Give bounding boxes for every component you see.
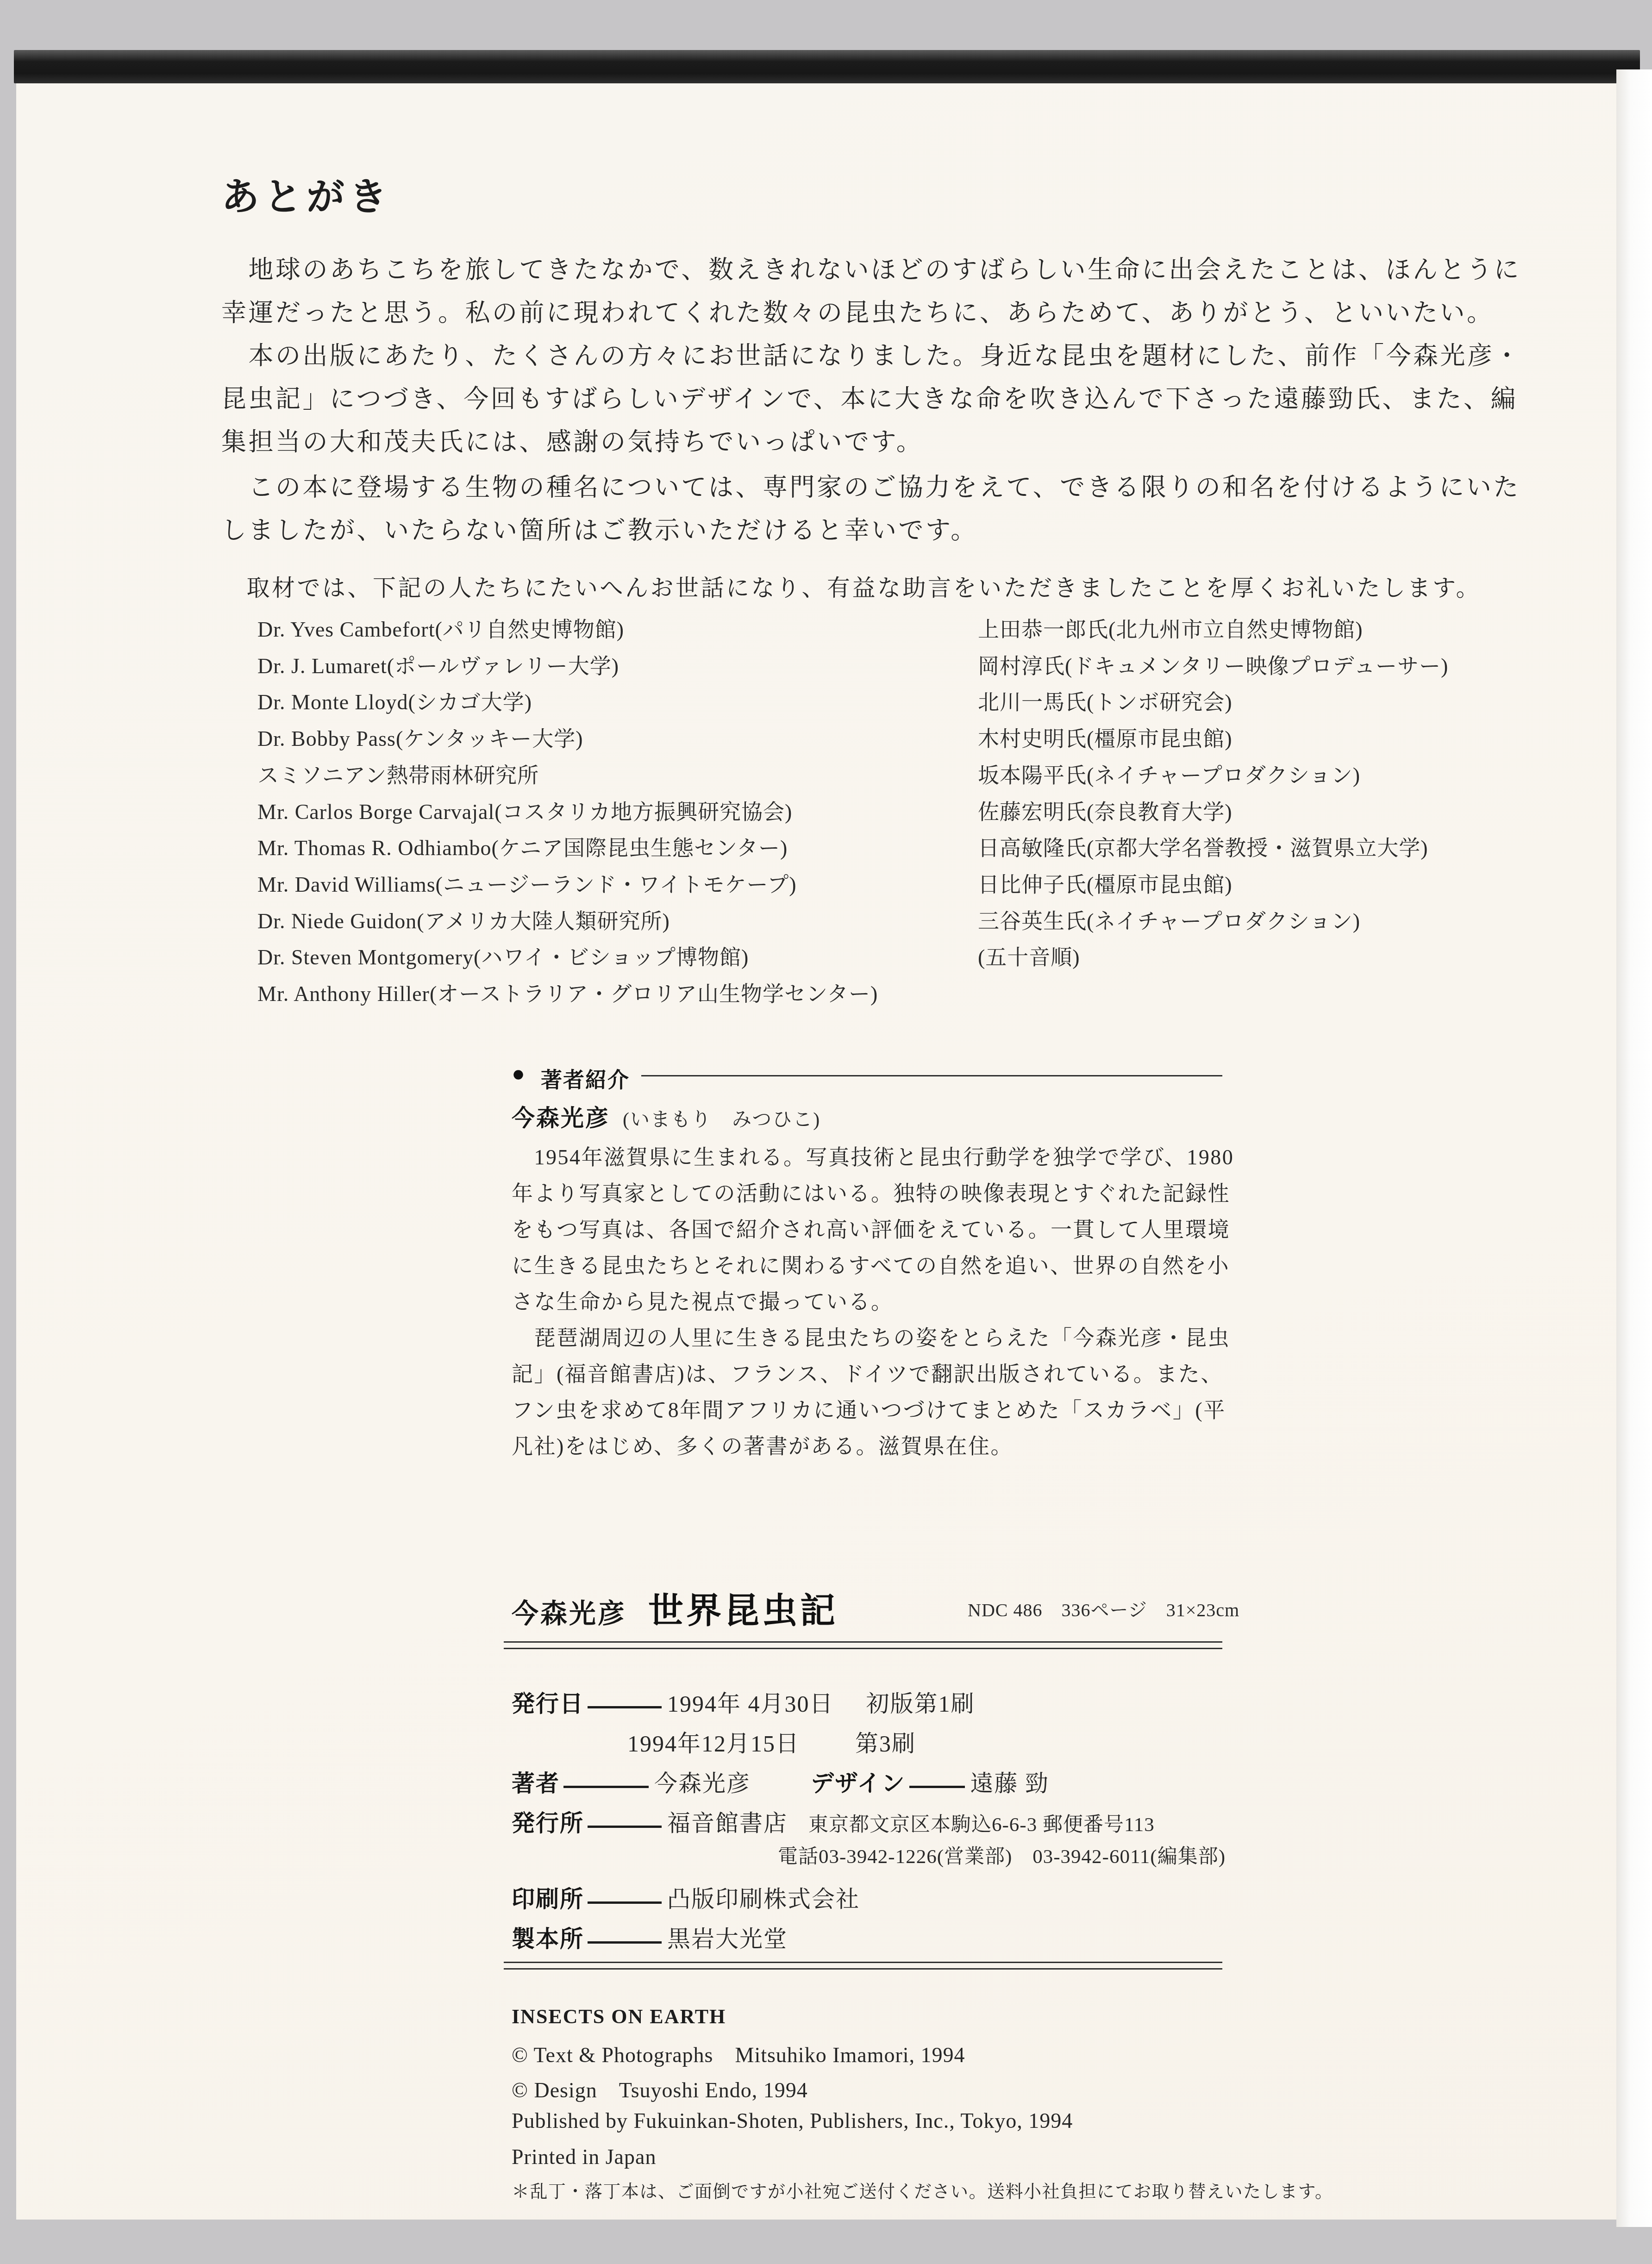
issue-date-1: 1994年 4月30日 xyxy=(667,1691,834,1717)
author-bio-line: に生きる昆虫たちとそれに関わるすべての自然を追い、世界の自然を小 xyxy=(512,1249,1230,1279)
ack-left-item: Dr. Steven Montgomery(ハワイ・ビショップ博物館) xyxy=(257,940,749,971)
author-bio-line: 凡社)をはじめ、多くの著書がある。滋賀県在住。 xyxy=(512,1429,1013,1460)
dash-rule xyxy=(588,1901,662,1904)
author-intro-header: 著者紹介 xyxy=(541,1063,630,1094)
designer-name: 遠藤 勁 xyxy=(970,1770,1050,1796)
ack-left-item: Mr. Carlos Borge Carvajal(コスタリカ地方振興研究協会) xyxy=(257,795,792,826)
afterword-line: 集担当の大和茂夫氏には、感謝の気持ちでいっぱいです。 xyxy=(221,422,923,458)
issue-edition-2: 第3刷 xyxy=(855,1731,916,1757)
ack-right-item: 佐藤宏明氏(奈良教育大学) xyxy=(978,795,1233,826)
dash-rule xyxy=(909,1786,965,1788)
afterword-line: 幸運だったと思う。私の前に現われてくれた数々の昆虫たちに、あらためて、ありがとう… xyxy=(221,293,1494,329)
afterword-line: 地球のあちこちを旅してきたなかで、数えきれないほどのすばらしい生命に出会えたこと… xyxy=(221,250,1521,286)
ack-left-item: スミソニアン熱帯雨林研究所 xyxy=(257,758,539,789)
issue-date-label: 発行日 xyxy=(512,1691,584,1717)
colophon-row-issue-date: 発行日1994年 4月30日初版第1刷 xyxy=(512,1685,975,1719)
divider-rule xyxy=(504,1968,1222,1970)
dash-rule xyxy=(588,1941,662,1944)
author-bio-line: フン虫を求めて8年間アフリカに通いつづけてまとめた「スカラベ」(平 xyxy=(512,1393,1226,1424)
binder-name: 黒岩大光堂 xyxy=(667,1926,788,1952)
afterword-line: この本に登場する生物の種名については、専門家のご協力をえて、できる限りの和名を付… xyxy=(221,468,1521,503)
english-title: INSECTS ON EARTH xyxy=(512,2005,726,2028)
publisher-label: 発行所 xyxy=(512,1810,584,1836)
colophon-row-issue-date2: 1994年12月15日第3刷 xyxy=(627,1725,916,1758)
dash-rule xyxy=(588,1826,662,1828)
colophon-row-publisher: 発行所福音館書店東京都文京区本駒込6-6-3 郵便番号113 xyxy=(512,1805,1155,1838)
author-bio-line: 琵琶湖周辺の人里に生きる昆虫たちの姿をとらえた「今森光彦・昆虫 xyxy=(512,1321,1230,1351)
divider-rule xyxy=(504,1648,1222,1649)
author-bio-line: さな生命から見た視点で撮っている。 xyxy=(512,1285,894,1315)
ack-left-item: Dr. Monte Lloyd(シカゴ大学) xyxy=(257,685,532,716)
afterword-line: 昆虫記」につづき、今回もすばらしいデザインで、本に大きな命を吹き込んで下さった遠… xyxy=(221,379,1518,415)
ack-left-item: Mr. Anthony Hiller(オーストラリア・グロリア山生物学センター) xyxy=(257,977,878,1007)
ack-right-item: 日高敏隆氏(京都大学名誉教授・滋賀県立大学) xyxy=(978,831,1428,862)
book-meta: NDC 486 336ページ 31×23cm xyxy=(968,1595,1239,1622)
page-right-edge xyxy=(1616,69,1652,2227)
issue-edition-1: 初版第1刷 xyxy=(866,1691,975,1717)
book-author: 今森光彦 xyxy=(512,1592,626,1631)
book-title: 世界昆虫記 xyxy=(648,1582,838,1633)
afterword-line: しましたが、いたらない箇所はご教示いただけると幸いです。 xyxy=(221,511,978,546)
colophon-author: 今森光彦 xyxy=(654,1770,751,1796)
divider-rule xyxy=(504,1641,1222,1643)
ack-right-item: 日比伸子氏(橿原市昆虫館) xyxy=(978,868,1233,898)
colophon-row-binder: 製本所黒岩大光堂 xyxy=(512,1920,788,1954)
english-copyright-text: © Text & Photographs Mitsuhiko Imamori, … xyxy=(512,2038,965,2069)
defective-copy-note: ＊乱丁・落丁本は、ご面倒ですが小社宛ご送付ください。送料小社負担にてお取り替えい… xyxy=(512,2177,1333,2202)
ack-left-item: Mr. David Williams(ニュージーランド・ワイトモケープ) xyxy=(257,868,797,898)
afterword-line: 本の出版にあたり、たくさんの方々にお世話になりました。身近な昆虫を題材にした、前… xyxy=(221,336,1521,372)
ack-right-item: 上田恭一郎氏(北九州市立自然史博物館) xyxy=(978,613,1363,643)
publisher-address: 東京都文京区本駒込6-6-3 郵便番号113 xyxy=(808,1814,1155,1836)
colophon-row-author: 著者今森光彦デザイン遠藤 勁 xyxy=(512,1765,1049,1798)
printer-label: 印刷所 xyxy=(512,1886,584,1912)
publisher-name: 福音館書店 xyxy=(667,1810,788,1836)
design-label: デザイン xyxy=(811,1770,906,1796)
binder-label: 製本所 xyxy=(512,1926,584,1952)
ack-left-item: Mr. Thomas R. Odhiambo(ケニア国際昆虫生態センター) xyxy=(257,831,788,862)
colophon-row-printer: 印刷所凸版印刷株式会社 xyxy=(512,1881,860,1914)
author-bio-line: 1954年滋賀県に生まれる。写真技術と昆虫行動学を独学で学び、1980 xyxy=(512,1140,1234,1171)
author-bio-line: 記」(福音館書店)は、フランス、ドイツで翻訳出版されている。また、 xyxy=(512,1357,1223,1388)
author-label: 著者 xyxy=(512,1770,560,1796)
dash-rule xyxy=(563,1786,649,1788)
dash-rule xyxy=(588,1706,662,1708)
page-edge-shadow xyxy=(14,50,1640,83)
english-published-line: Published by Fukuinkan-Shoten, Publisher… xyxy=(512,2108,1073,2133)
ack-left-item: Dr. Bobby Pass(ケンタッキー大学) xyxy=(257,722,583,752)
afterword-line: 取材では、下記の人たちにたいへんお世話になり、有益な助言をいただきましたことを厚… xyxy=(221,569,1481,603)
bullet-icon: ● xyxy=(512,1061,525,1087)
ack-right-item: 坂本陽平氏(ネイチャープロダクション) xyxy=(978,758,1360,789)
author-intro-rule xyxy=(641,1075,1222,1076)
issue-date-2: 1994年12月15日 xyxy=(627,1731,800,1757)
ack-right-item: 三谷英生氏(ネイチャープロダクション) xyxy=(978,904,1360,935)
english-copyright-design: © Design Tsuyoshi Endo, 1994 xyxy=(512,2073,808,2104)
ack-right-item: 木村史明氏(橿原市昆虫館) xyxy=(978,722,1233,752)
ack-left-item: Dr. Yves Cambefort(パリ自然史博物館) xyxy=(257,613,624,643)
printer-name: 凸版印刷株式会社 xyxy=(667,1886,860,1912)
author-name: 今森光彦 xyxy=(512,1100,610,1133)
ack-right-item: (五十音順) xyxy=(978,940,1080,971)
english-printed-line: Printed in Japan xyxy=(512,2145,656,2169)
ack-right-item: 北川一馬氏(トンボ研究会) xyxy=(978,685,1233,716)
author-bio-line: 年より写真家としての活動にはいる。独特の映像表現とすぐれた記録性 xyxy=(512,1176,1230,1207)
scanned-book-page: { "afterword": { "title": "あとがき", "lines… xyxy=(0,0,1652,2264)
colophon-phone: 電話03-3942-1226(営業部) 03-3942-6011(編集部) xyxy=(778,1841,1226,1869)
afterword-title: あとがき xyxy=(221,167,392,221)
author-bio-line: をもつ写真は、各国で紹介され高い評価をえている。一貫して人里環境 xyxy=(512,1213,1230,1243)
ack-left-item: Dr. Niede Guidon(アメリカ大陸人類研究所) xyxy=(257,904,670,935)
ack-left-item: Dr. J. Lumaret(ポールヴァレリー大学) xyxy=(257,649,619,680)
ack-right-item: 岡村淳氏(ドキュメンタリー映像プロデューサー) xyxy=(978,649,1448,680)
author-name-kana: (いまもり みつひこ) xyxy=(623,1104,820,1132)
divider-rule xyxy=(504,1962,1222,1963)
